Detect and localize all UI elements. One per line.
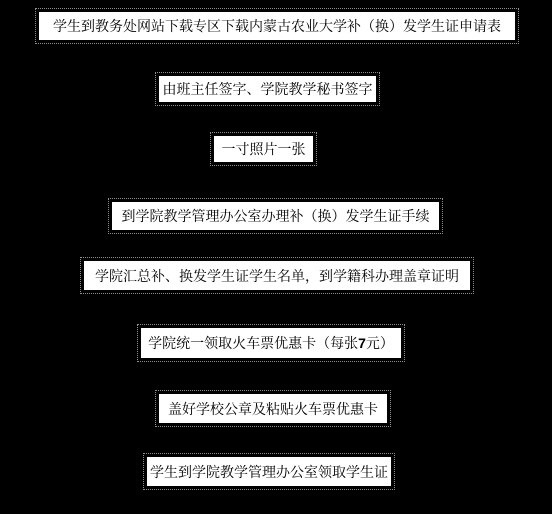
flow-step-seal-and-paste-card: 盖好学校公章及粘贴火车票优惠卡 — [158, 393, 388, 424]
flow-step-roster-and-stamp: 学院汇总补、换发学生证学生名单，到学籍科办理盖章证明 — [83, 260, 471, 291]
flow-step-collect-student-id: 学生到学院教学管理办公室领取学生证 — [146, 456, 392, 487]
flow-step-train-ticket-card: 学院统一领取火车票优惠卡（每张 7 元） — [140, 327, 402, 359]
train-card-text-prefix: 学院统一领取火车票优惠卡（每张 — [148, 336, 358, 350]
flowchart: 学生到教务处网站下载专区下载内蒙古农业大学补（换）发学生证申请表 由班主任签字、… — [0, 0, 552, 514]
flow-step-signatures: 由班主任签字、学院教学秘书签字 — [158, 75, 377, 103]
train-card-text-suffix: 元） — [366, 336, 394, 350]
train-card-price-number: 7 — [358, 336, 366, 350]
flow-step-download-application-form: 学生到教务处网站下载专区下载内蒙古农业大学补（换）发学生证申请表 — [38, 11, 516, 41]
flow-step-photo: 一寸照片一张 — [213, 135, 314, 163]
flow-step-college-office-procedure: 到学院教学管理办公室办理补（换）发学生证手续 — [111, 201, 440, 231]
